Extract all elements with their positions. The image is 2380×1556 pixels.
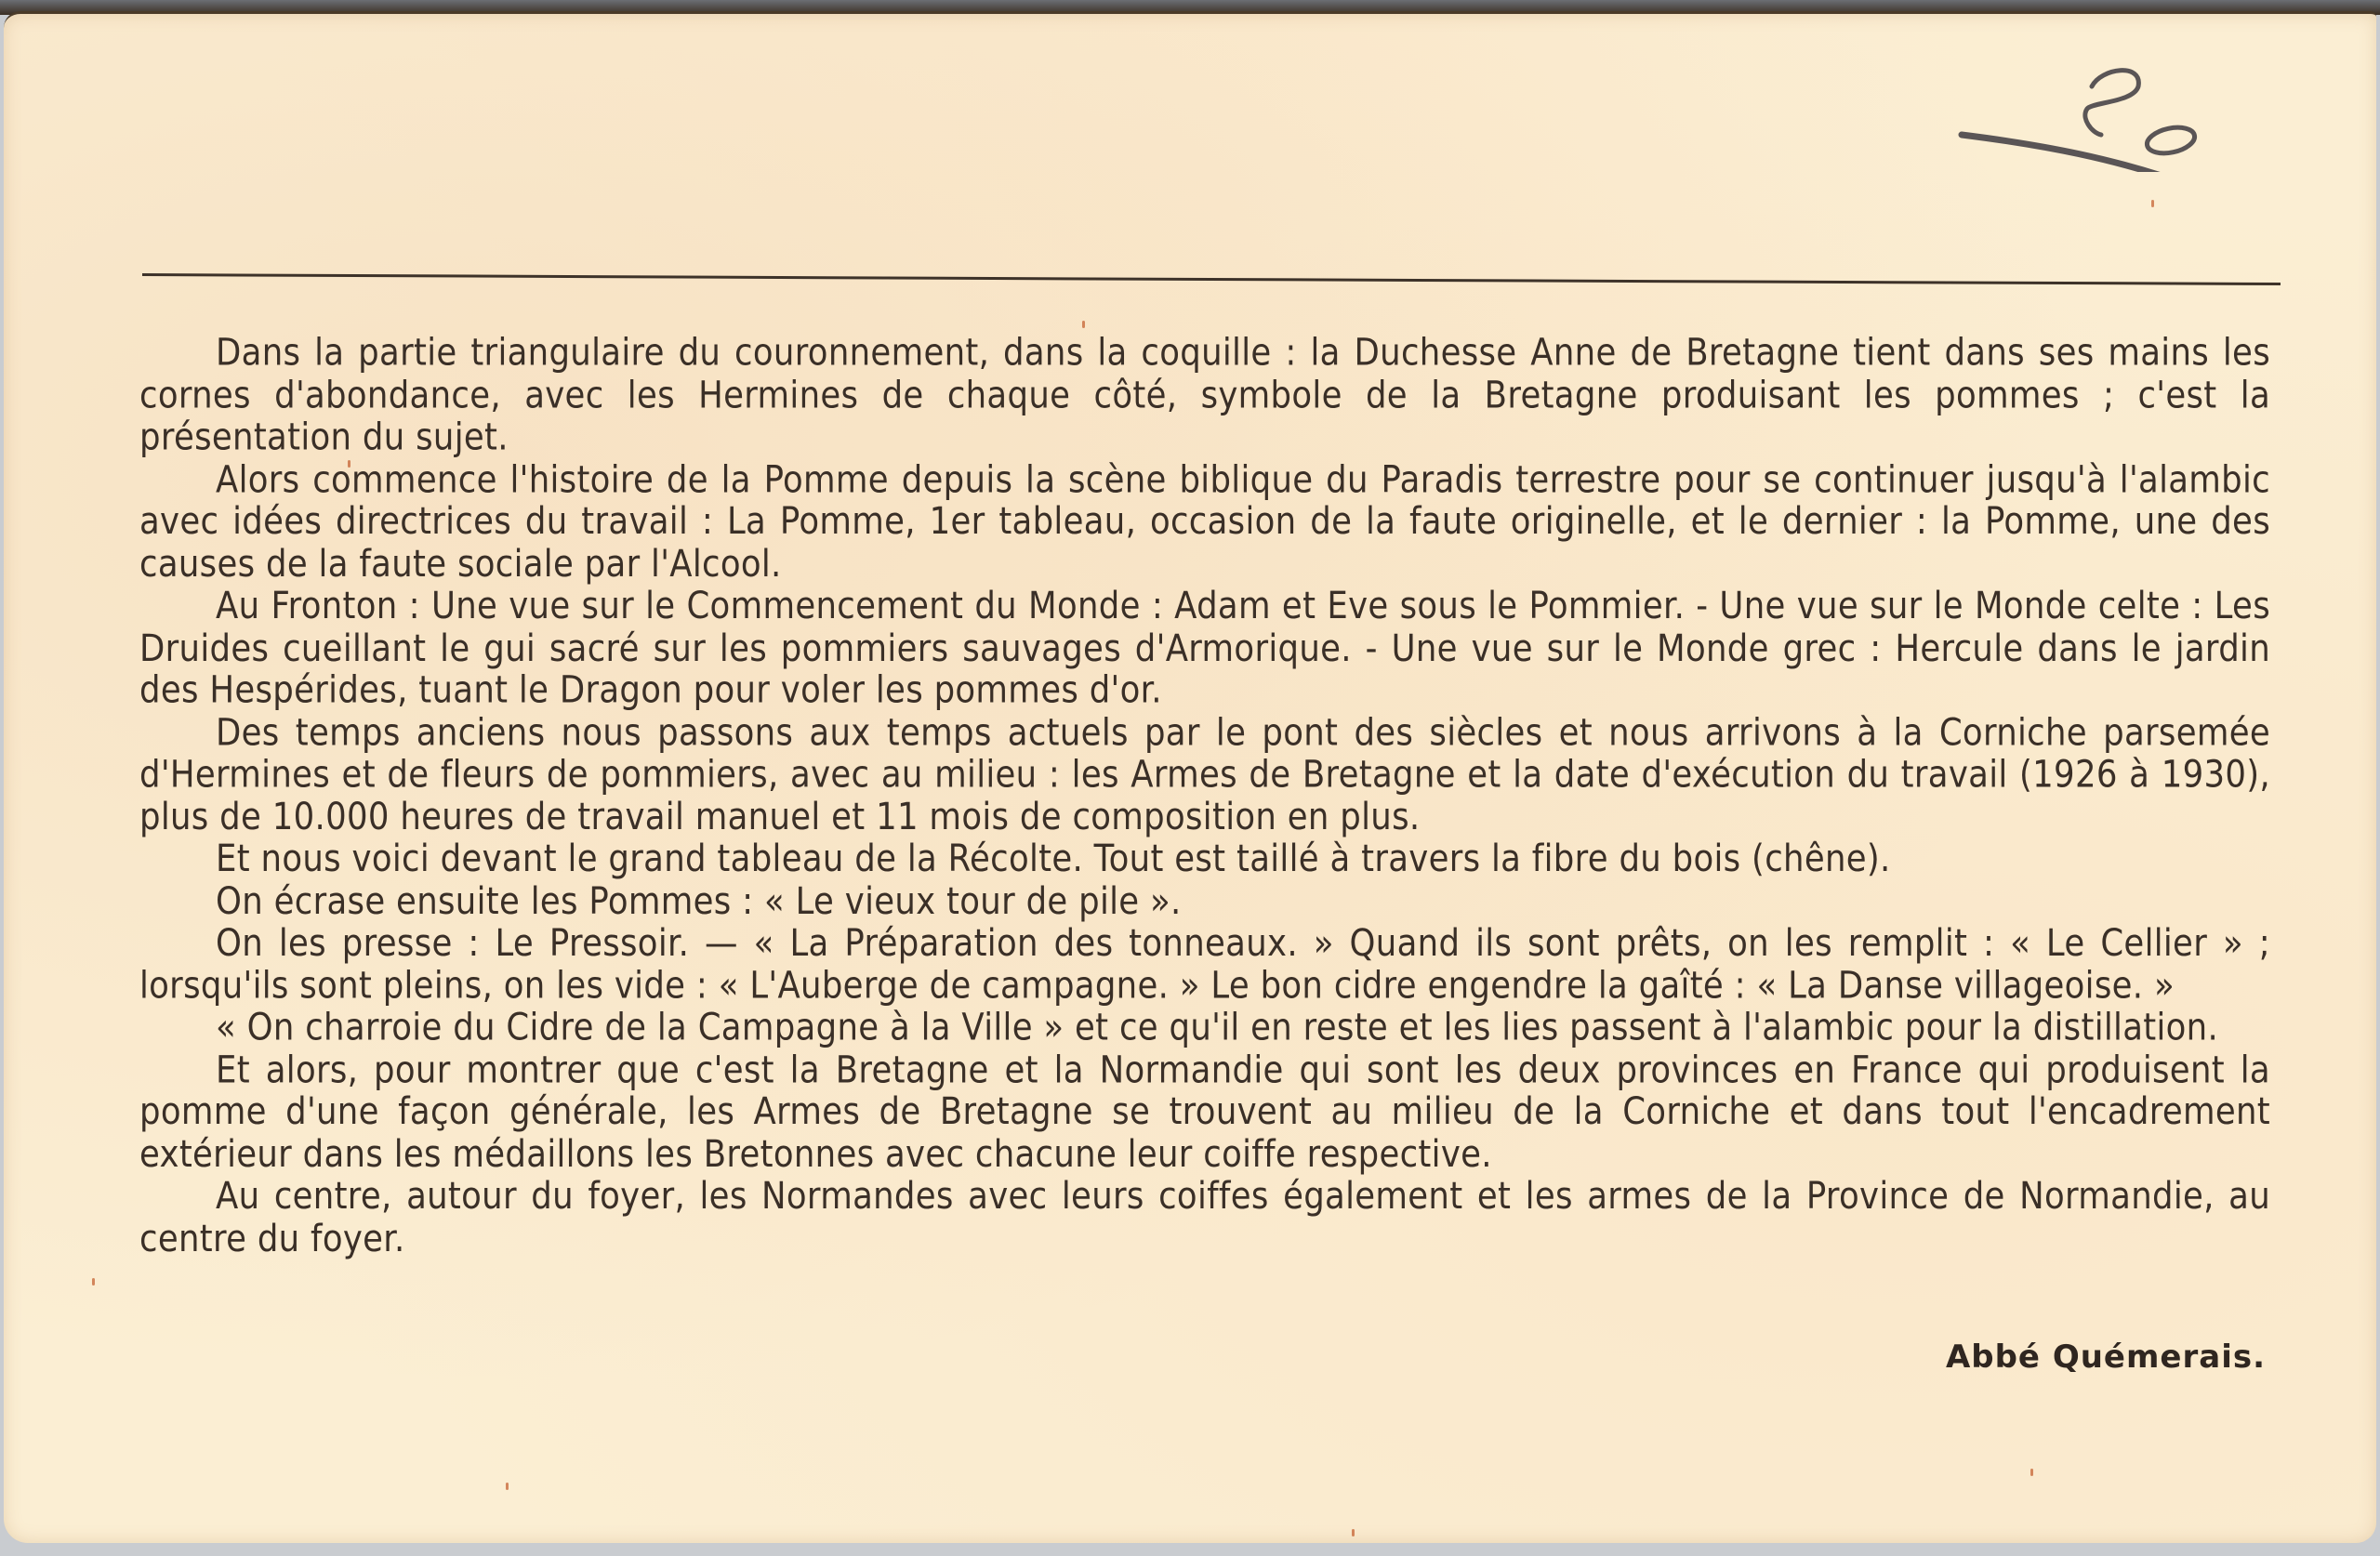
paragraph-charroie: « On charroie du Cidre de la Campagne à … [139,1008,2270,1049]
paragraph-fronton: Au Fronton : Une vue sur le Commencement… [139,586,2270,712]
author-signature: Abbé Quémerais. [1946,1338,2266,1376]
paper-speck [2151,200,2154,207]
paragraph-histoire-pomme: Alors commence l'histoire de la Pomme de… [139,459,2270,586]
paper-speck [2030,1469,2033,1476]
description-text: Dans la partie triangulaire du couronnem… [139,333,2270,1260]
paper-speck [92,1278,95,1286]
paragraph-bretagne-normandie: Et alors, pour montrer que c'est la Bret… [139,1049,2270,1176]
paragraph-recolte: Et nous voici devant le grand tableau de… [139,838,2270,880]
paper-speck [1352,1529,1355,1536]
paragraph-ecrase: On écrase ensuite les Pommes : « Le vieu… [139,881,2270,923]
paragraph-pressoir: On les presse : Le Pressoir. — « La Prép… [139,923,2270,1008]
paragraph-couronnement: Dans la partie triangulaire du couronnem… [139,333,2270,459]
pencil-annotation-20 [1952,51,2231,172]
paper-speck [506,1483,509,1490]
paragraph-corniche: Des temps anciens nous passons aux temps… [139,712,2270,838]
paragraph-foyer: Au centre, autour du foyer, les Normande… [139,1176,2270,1260]
paper-speck [1082,321,1085,328]
